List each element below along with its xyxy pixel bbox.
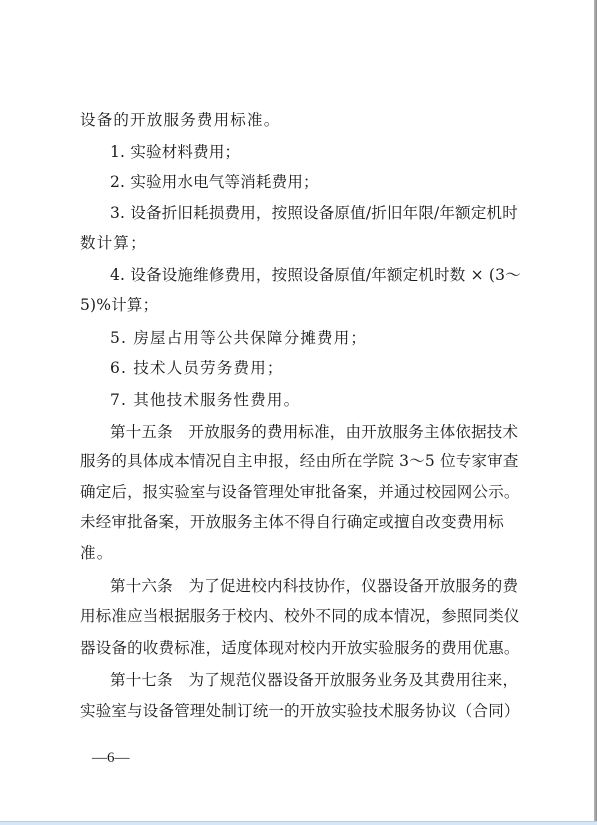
document-page: 设备的开放服务费用标准。 1. 实验材料费用； 2. 实验用水电气等消耗费用； … (0, 0, 594, 820)
list-item-1: 1. 实验材料费用； (110, 141, 240, 163)
viewer-background-strip (0, 821, 597, 825)
article-17-heading-line: 第十七条 为了规范仪器设备开放服务业务及其费用往来， (110, 669, 518, 691)
article-16-heading-line: 第十六条 为了促进校内科技协作，仪器设备开放服务的费 (110, 575, 518, 597)
list-item-7: 7. 其他技术服务性费用。 (110, 389, 300, 411)
article-15-line: 准。 (80, 542, 113, 564)
article-16-line: 用标准应当根据服务于校内、校外不同的成本情况，参照同类仪 (80, 605, 520, 627)
list-item-3: 3. 设备折旧耗损费用，按照设备原值/折旧年限/年额定机时 (110, 202, 518, 224)
list-item-4: 4. 设备设施维修费用，按照设备原值/年额定机时数 × (3～ (110, 264, 521, 286)
page-number: —6— (92, 747, 130, 769)
article-15-line: 服务的具体成本情况自主申报，经由所在学院 3～5 位专家审查 (80, 450, 519, 472)
article-15-heading-line: 第十五条 开放服务的费用标准，由开放服务主体依据技术 (110, 421, 518, 443)
article-15-line: 未经审批备案，开放服务主体不得自行确定或擅自改变费用标 (80, 511, 504, 533)
list-item-2: 2. 实验用水电气等消耗费用； (110, 171, 319, 193)
text-line: 数计算； (80, 232, 147, 254)
text-line: 5)%计算； (80, 294, 158, 316)
list-item-5: 5. 房屋占用等公共保障分摊费用； (110, 327, 367, 349)
article-16-line: 器设备的收费标准，适度体现对校内开放实验服务的费用优惠。 (80, 637, 520, 659)
text-line: 设备的开放服务费用标准。 (80, 109, 280, 131)
list-item-6: 6. 技术人员劳务费用； (110, 357, 284, 379)
article-17-line: 实验室与设备管理处制订统一的开放实验技术服务协议（合同） (80, 700, 520, 722)
article-15-line: 确定后，报实验室与设备管理处审批备案，并通过校园网公示。 (80, 481, 520, 503)
